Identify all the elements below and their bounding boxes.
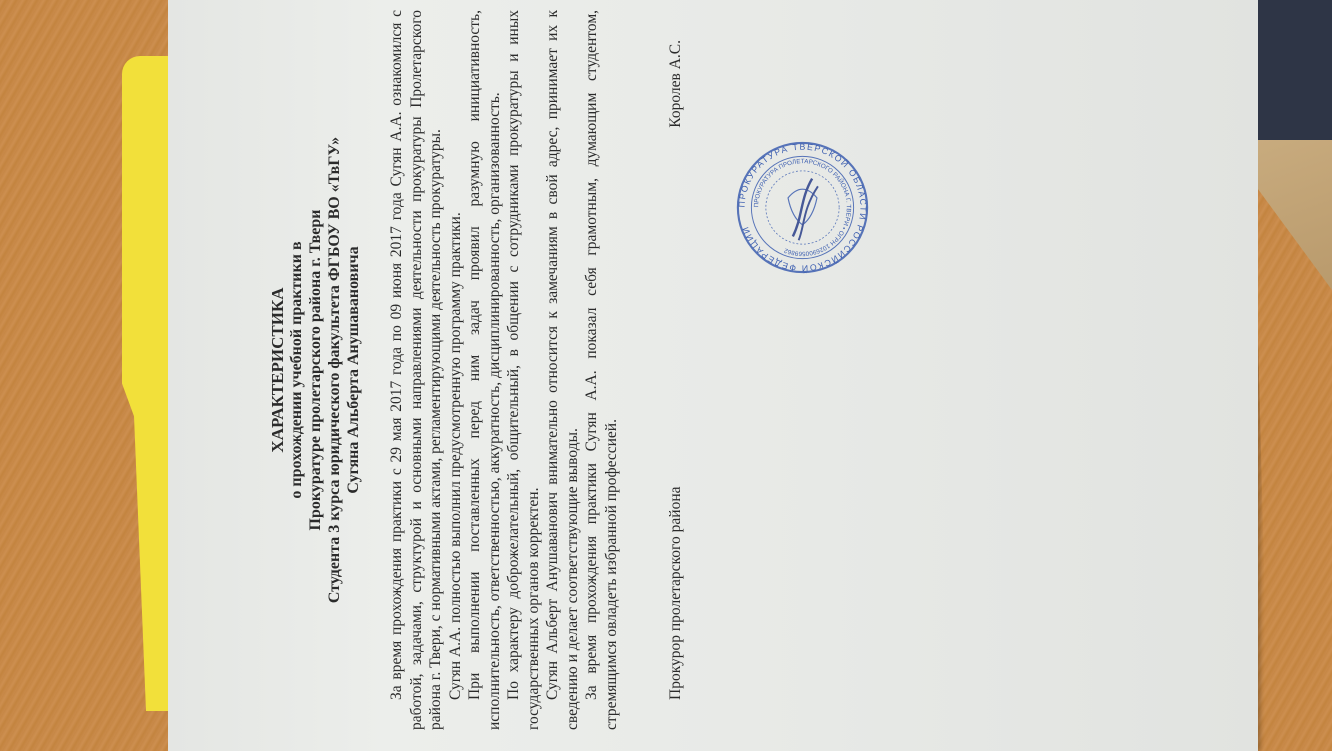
background-object bbox=[1255, 140, 1332, 290]
document-page: ХАРАКТЕРИСТИКА о прохождении учебной пра… bbox=[268, 10, 808, 730]
subtitle-line: Студента 3 курса юридического факультета… bbox=[325, 10, 344, 730]
paragraph: Сугян Альберт Анушаванович внимательно о… bbox=[543, 10, 582, 730]
document-title: ХАРАКТЕРИСТИКА bbox=[268, 10, 287, 730]
document-body: За время прохождения практики с 29 мая 2… bbox=[387, 10, 621, 730]
subtitle-line: Сугяна Альберта Анушавановича bbox=[344, 10, 363, 730]
signatory-position: Прокурор пролетарского района bbox=[667, 487, 685, 701]
background-object bbox=[1255, 0, 1332, 145]
paragraph: За время прохождения практики Сугян А.А.… bbox=[582, 10, 621, 730]
document-header: ХАРАКТЕРИСТИКА о прохождении учебной пра… bbox=[268, 10, 363, 730]
signatory-name: Королев А.С. bbox=[667, 40, 685, 128]
official-stamp-icon: ПРОКУРАТУРА ТВЕРСКОЙ ОБЛАСТИ РОССИЙСКОЙ … bbox=[735, 140, 870, 275]
signature-block: Прокурор пролетарского района Королев А.… bbox=[667, 10, 685, 730]
paragraph: При выполнении поставленных перед ним за… bbox=[465, 10, 504, 730]
subtitle-line: о прохождении учебной практики в bbox=[287, 10, 306, 730]
paragraph: Сугян А.А. полностью выполнил предусмотр… bbox=[446, 10, 466, 730]
paragraph: По характеру доброжелательный, общительн… bbox=[504, 10, 543, 730]
subtitle-line: Прокуратуре пролетарского района г. Твер… bbox=[306, 10, 325, 730]
paragraph: За время прохождения практики с 29 мая 2… bbox=[387, 10, 446, 730]
